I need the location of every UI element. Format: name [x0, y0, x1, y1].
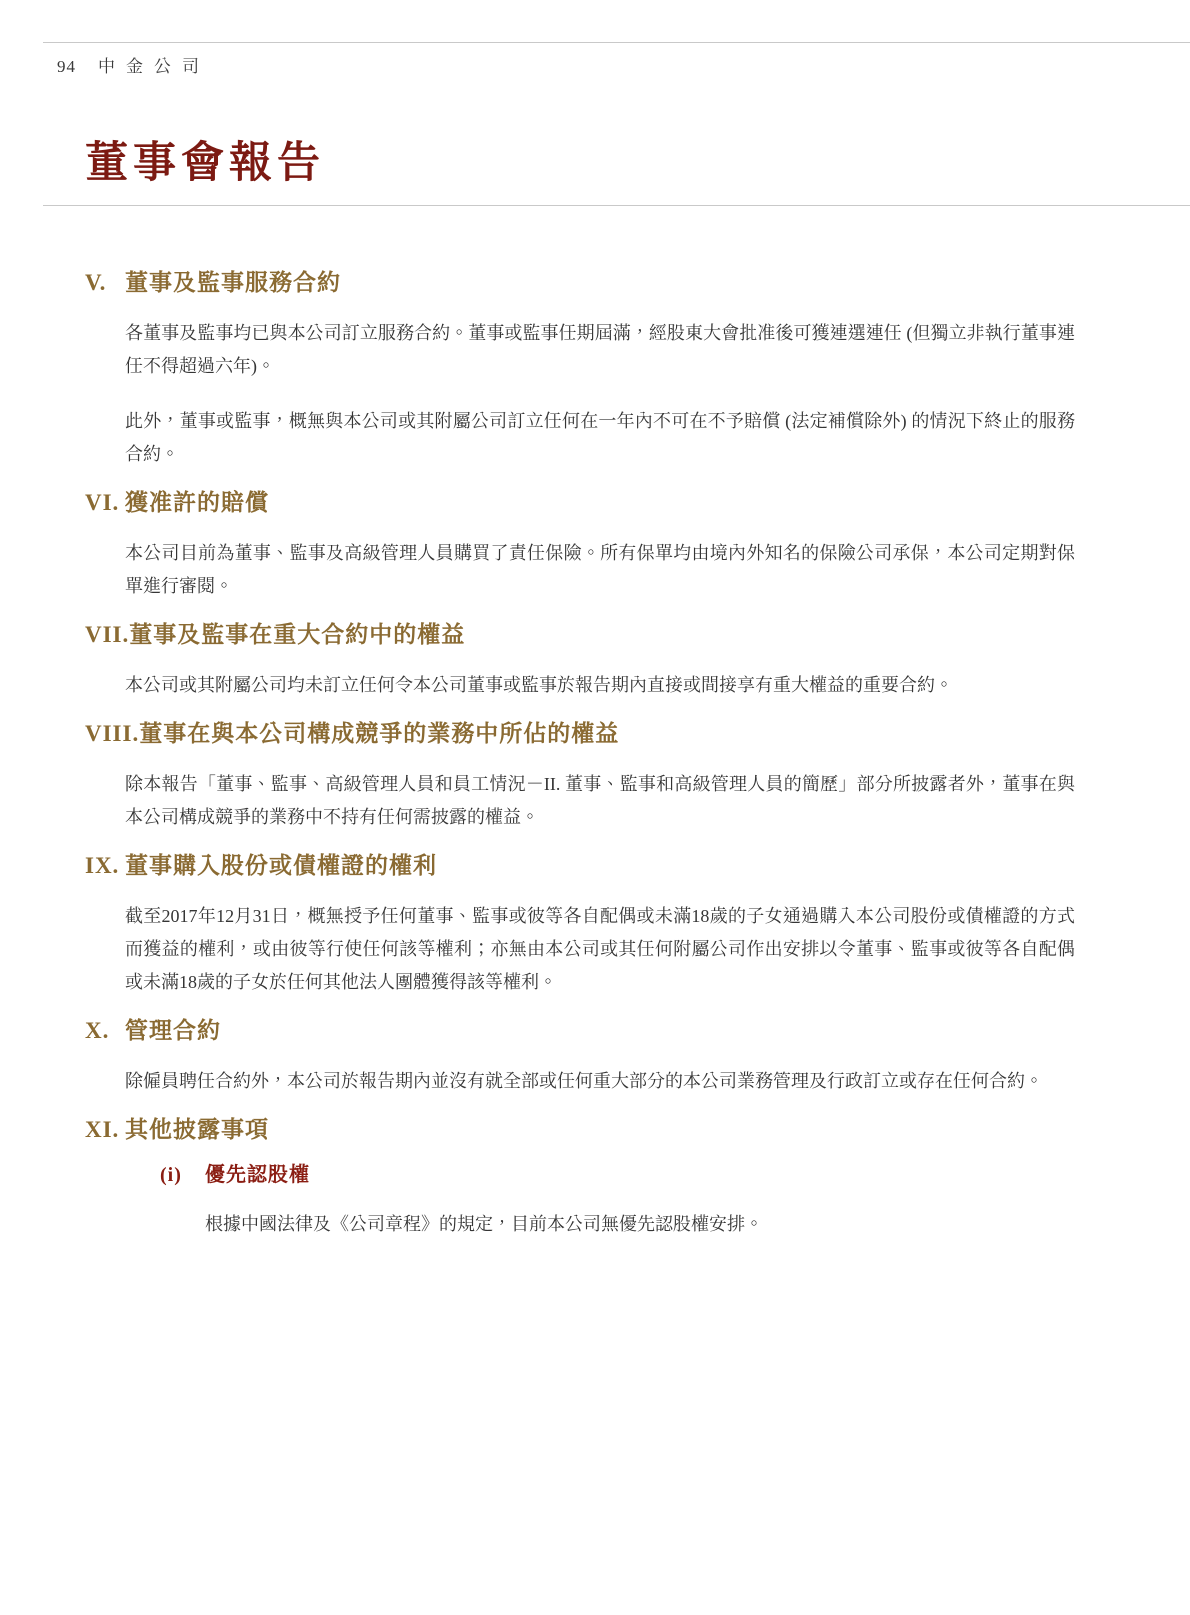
document-body: V. 董事及監事服務合約 各董事及監事均已與本公司訂立服務合約。董事或監事任期屆…: [0, 267, 1190, 1241]
section-heading-ix: IX. 董事購入股份或債權證的權利: [85, 850, 1075, 882]
paragraph: 截至2017年12月31日，概無授予任何董事、監事或彼等各自配偶或未滿18歲的子…: [125, 900, 1075, 999]
paragraph: 本公司或其附屬公司均未訂立任何令本公司董事或監事於報告期內直接或間接享有重大權益…: [125, 669, 1075, 702]
paragraph: 本公司目前為董事、監事及高級管理人員購買了責任保險。所有保單均由境內外知名的保險…: [125, 537, 1075, 603]
section-title: 管理合約: [125, 1015, 221, 1047]
header-divider: [43, 42, 1190, 43]
paragraph: 此外，董事或監事，概無與本公司或其附屬公司訂立任何在一年內不可在不予賠償 (法定…: [125, 405, 1075, 471]
section-number: VIII.: [85, 718, 139, 750]
report-page: 94 中金公司 董事會報告 V. 董事及監事服務合約 各董事及監事均已與本公司訂…: [0, 0, 1190, 1615]
subsection-title: 優先認股權: [205, 1160, 310, 1190]
paragraph: 除本報告「董事、監事、高級管理人員和員工情況－II. 董事、監事和高級管理人員的…: [125, 768, 1075, 834]
paragraph: 各董事及監事均已與本公司訂立服務合約。董事或監事任期屆滿，經股東大會批准後可獲連…: [125, 317, 1075, 383]
section-title: 董事及監事在重大合約中的權益: [129, 619, 465, 651]
section-title: 董事在與本公司構成競爭的業務中所佔的權益: [139, 718, 619, 750]
section-number: VII.: [85, 619, 129, 651]
paragraph: 除僱員聘任合約外，本公司於報告期內並沒有就全部或任何重大部分的本公司業務管理及行…: [125, 1065, 1075, 1098]
company-name: 中金公司: [98, 52, 210, 77]
section-heading-viii: VIII. 董事在與本公司構成競爭的業務中所佔的權益: [85, 718, 1075, 750]
section-number: VI.: [85, 487, 125, 519]
subsection-heading-i: (i) 優先認股權: [160, 1160, 1075, 1190]
section-title: 董事及監事服務合約: [125, 267, 341, 299]
section-number: XI.: [85, 1114, 125, 1146]
subsection-number: (i): [160, 1160, 205, 1190]
section-number: IX.: [85, 850, 125, 882]
section-title: 董事購入股份或債權證的權利: [125, 850, 437, 882]
section-heading-xi: XI. 其他披露事項: [85, 1114, 1075, 1146]
section-heading-vi: VI. 獲准許的賠償: [85, 487, 1075, 519]
page-title: 董事會報告: [85, 138, 325, 190]
section-number: X.: [85, 1015, 125, 1047]
section-heading-v: V. 董事及監事服務合約: [85, 267, 1075, 299]
section-heading-x: X. 管理合約: [85, 1015, 1075, 1047]
page-header: 94 中金公司: [57, 52, 210, 77]
section-heading-vii: VII. 董事及監事在重大合約中的權益: [85, 619, 1075, 651]
paragraph: 根據中國法律及《公司章程》的規定，目前本公司無優先認股權安排。: [205, 1208, 1075, 1241]
section-number: V.: [85, 267, 125, 299]
page-number: 94: [57, 57, 76, 77]
section-title: 獲准許的賠償: [125, 487, 269, 519]
title-divider: [43, 205, 1190, 206]
section-title: 其他披露事項: [125, 1114, 269, 1146]
